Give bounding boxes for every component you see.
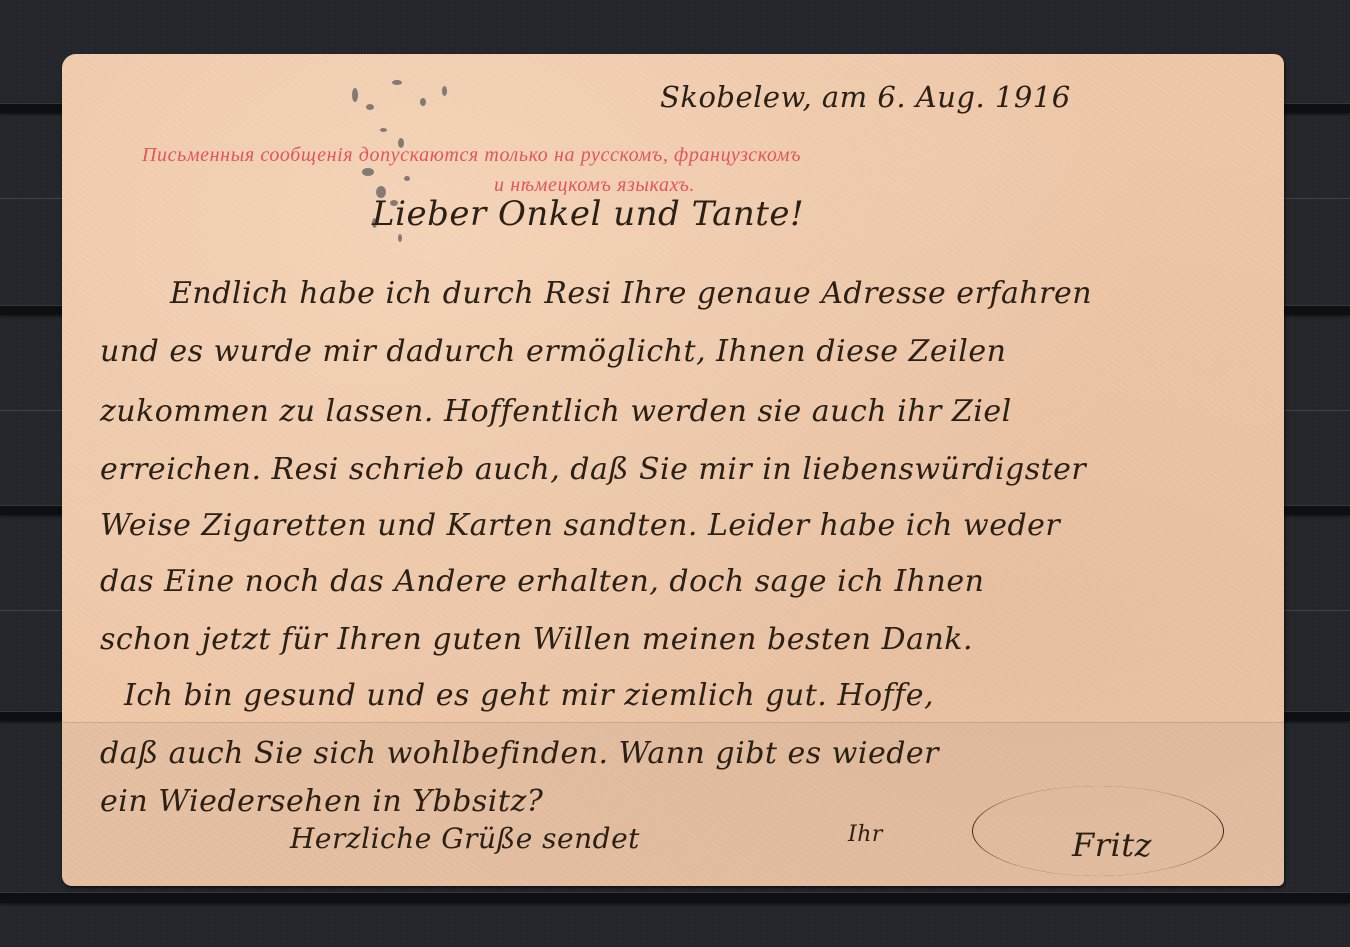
body-line: daß auch Sie sich wohlbefinden. Wann gib… — [100, 736, 939, 771]
body-line: zukommen zu lassen. Hoffentlich werden s… — [100, 394, 1012, 429]
body-line: erreichen. Resi schrieb auch, daß Sie mi… — [100, 452, 1086, 487]
salutation: Lieber Onkel und Tante! — [372, 194, 804, 234]
postcard: Skobelew, am 6. Aug. 1916 Письменныя соо… — [62, 54, 1284, 886]
body-line: und es wurde mir dadurch ermöglicht, Ihn… — [100, 334, 1006, 369]
body-line: Weise Zigaretten und Karten sandten. Lei… — [100, 508, 1060, 543]
printed-notice-line-1: Письменныя сообщенія допускаются только … — [142, 144, 801, 167]
stock-strip — [0, 893, 1350, 903]
postmark-smudge — [332, 68, 472, 268]
date-line: Skobelew, am 6. Aug. 1916 — [660, 80, 1071, 114]
signature: Fritz — [1072, 826, 1152, 864]
body-line: ein Wiedersehen in Ybbsitz? — [100, 784, 543, 819]
body-line: Endlich habe ich durch Resi Ihre genaue … — [170, 276, 1092, 311]
body-line: schon jetzt für Ihren guten Willen meine… — [100, 622, 973, 657]
closing: Herzliche Grüße sendet — [290, 822, 640, 855]
body-line: das Eine noch das Andere erhalten, doch … — [100, 564, 984, 599]
closing-ihr: Ihr — [848, 822, 883, 847]
body-line: Ich bin gesund und es geht mir ziemlich … — [124, 678, 934, 713]
